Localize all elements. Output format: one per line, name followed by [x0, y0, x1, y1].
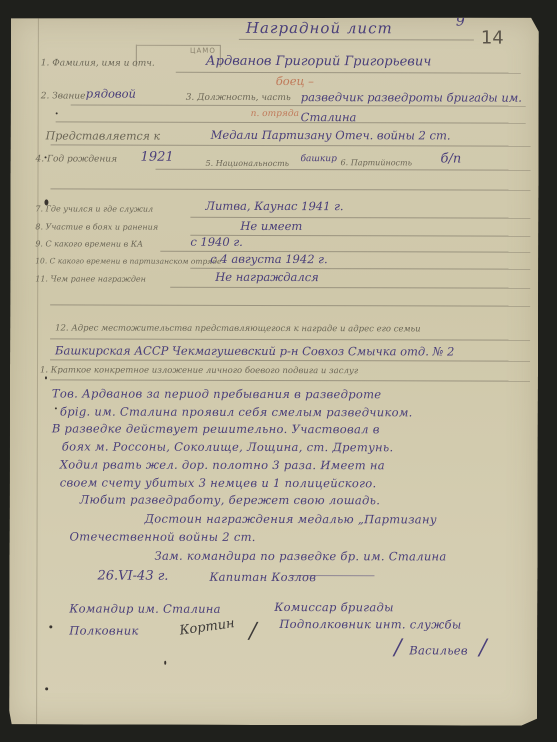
commander-title: Командир им. Сталина	[69, 601, 221, 615]
field-label-party: 6. Партийность	[341, 158, 412, 167]
ink-blot	[45, 687, 48, 690]
commander-signature: Кортин	[179, 616, 236, 638]
field-value-presented: Медали Партизану Отеч. войны 2 ст.	[211, 128, 451, 143]
commander-rank: Полковник	[69, 623, 138, 637]
field-value-nationality: башкир	[301, 154, 337, 164]
narrative-line: своем счету убитых 3 немцев и 1 полицейс…	[60, 475, 377, 490]
field-label-rank: 2. Звание	[41, 91, 86, 101]
field-value-party: б/п	[441, 151, 462, 166]
commissar-title-2: Подполковник инт. службы	[279, 617, 461, 631]
narrative-line: Любит разведработу, бережет свою лошадь.	[80, 492, 381, 507]
field-value-rank: рядовой	[86, 87, 136, 101]
deputy-name: Капитан Козлов	[209, 570, 316, 584]
ink-blot	[55, 407, 57, 409]
field-label-birth-year: 4. Год рождения	[36, 154, 118, 164]
signature-slash: /	[249, 619, 256, 644]
ink-blot	[45, 376, 47, 379]
annotation-red-inline: п. отряда	[251, 109, 299, 119]
field-label-education: 7. Где учился и где служил	[35, 204, 153, 213]
rule	[50, 359, 530, 361]
signature-date: 26.VI-43 г.	[97, 569, 168, 584]
rule	[56, 121, 526, 123]
rule	[50, 304, 530, 306]
field-value-education: Литва, Каунас 1941 г.	[205, 199, 343, 213]
narrative-line: В разведке действует решительно. Участво…	[52, 421, 380, 436]
award-sheet: Наградной лист 9 14 ЦАМО 1. Фамилия, имя…	[9, 16, 539, 725]
narrative-line: Отечественной войны 2 ст.	[70, 529, 256, 543]
narrative-line: боях м. Россоны, Соколище, Лощина, ст. Д…	[62, 439, 394, 454]
rule	[156, 169, 531, 171]
ink-blot	[56, 112, 58, 114]
field-label-position: 3. Должность, часть	[186, 93, 291, 103]
field-value-army-since: с 1940 г.	[190, 235, 243, 249]
field-label-army-since: 9. С какого времени в КА	[35, 239, 143, 248]
field-value-birth-year: 1921	[141, 150, 174, 165]
field-label-nationality: 5. Национальность	[206, 159, 289, 168]
signature-slash: /	[394, 635, 401, 660]
ink-blot	[164, 661, 166, 665]
commissar-name: Васильев	[409, 643, 468, 657]
annotation-red: боец –	[276, 74, 314, 88]
field-label-previous-awards: 11. Чем ранее награжден	[35, 274, 146, 283]
field-label-presented: Представляется к	[46, 129, 160, 142]
field-value-partisan-since: с 4 августа 1942 г.	[210, 252, 327, 266]
document-title: Наградной лист	[246, 19, 393, 37]
field-value-name: Ардванов Григорий Григорьевич	[206, 54, 432, 70]
rule	[71, 104, 526, 106]
field-value-address: Башкирская АССР Чекмагушевский р-н Совхо…	[55, 343, 454, 358]
ink-blot	[44, 199, 48, 205]
narrative-line: Ходил рвать жел. дор. полотно 3 раза. Им…	[60, 457, 385, 472]
rule	[170, 287, 530, 289]
margin-line	[36, 16, 39, 724]
rule	[239, 39, 474, 41]
field-value-previous-awards: Не награждался	[215, 270, 319, 284]
archive-number: 14	[481, 28, 504, 49]
rule	[176, 72, 521, 74]
rule	[51, 144, 531, 146]
field-label-partisan-since: 10. С какого времени в партизанском отря…	[35, 256, 221, 265]
ink-blot	[45, 156, 47, 158]
narrative-line: Достоин награждения медалью „Партизану	[145, 512, 437, 527]
signature-slash: /	[479, 636, 486, 661]
deputy-title: Зам. командира по разведке бр. им. Стали…	[154, 549, 446, 564]
field-label-name: 1. Фамилия, имя и отч.	[41, 58, 155, 68]
rule	[50, 338, 530, 340]
rule	[50, 379, 530, 381]
rule	[50, 188, 530, 190]
sheet-number: 9	[456, 13, 465, 29]
field-label-battles: 8. Участие в боях и ранения	[35, 222, 158, 231]
field-label-address: 12. Адрес местожительства представляющег…	[55, 323, 525, 334]
ink-blot	[49, 625, 52, 628]
commissar-title-1: Комиссар бригады	[274, 600, 393, 614]
narrative-heading: 1. Краткое конкретное изложение личного …	[40, 365, 530, 376]
narrative-line: брig. им. Сталина проявил себя смелым ра…	[60, 404, 413, 419]
field-value-battles: Не имеет	[240, 219, 302, 233]
narrative-line: Тов. Ардванов за период пребывания в раз…	[52, 386, 382, 401]
